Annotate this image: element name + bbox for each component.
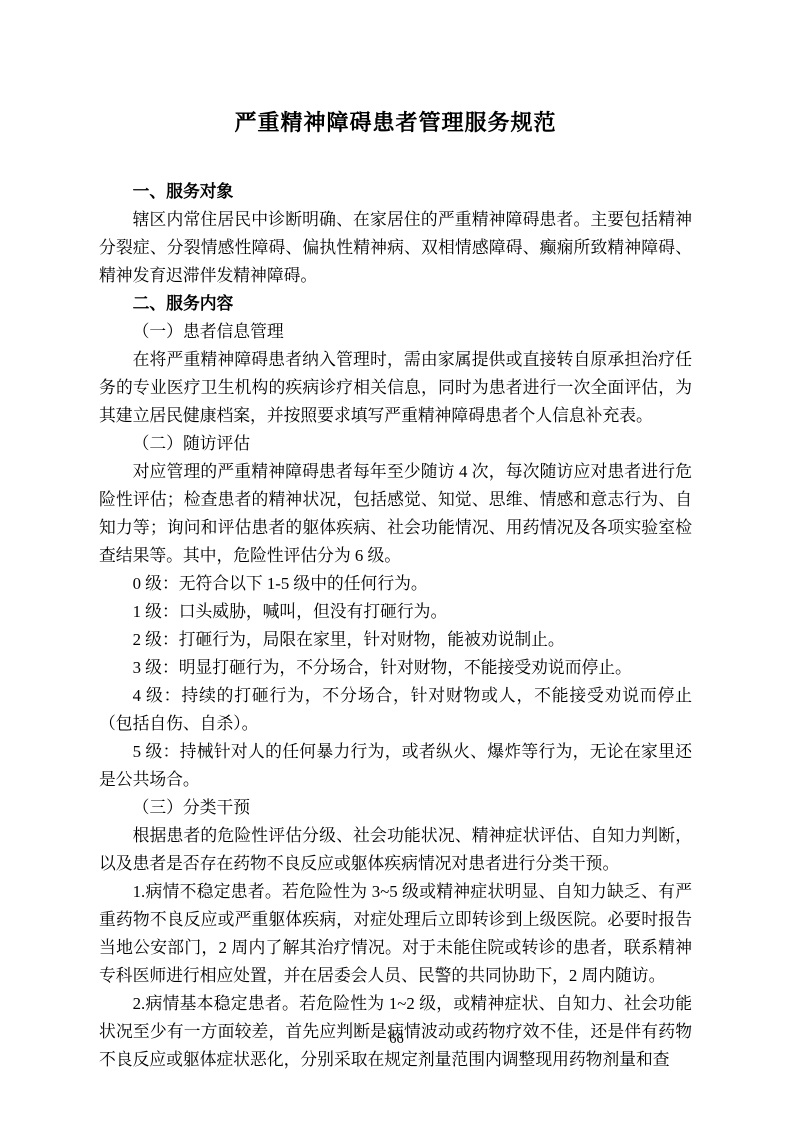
paragraph-classified-intervention: 根据患者的危险性评估分级、社会功能状况、精神症状评估、自知力判断，以及患者是否存… xyxy=(99,822,692,878)
document-page: 严重精神障碍患者管理服务规范 一、服务对象 辖区内常住居民中诊断明确、在家居住的… xyxy=(0,0,793,1122)
risk-level-2: 2 级：打砸行为，局限在家里，针对财物，能被劝说制止。 xyxy=(99,626,692,654)
subsection-heading-classified-intervention: （三）分类干预 xyxy=(99,794,692,822)
subsection-heading-followup: （二）随访评估 xyxy=(99,430,692,458)
subsection-heading-patient-info: （一）患者信息管理 xyxy=(99,318,692,346)
risk-level-3: 3 级：明显打砸行为，不分场合，针对财物，不能接受劝说而停止。 xyxy=(99,654,692,682)
paragraph-patient-info: 在将严重精神障碍患者纳入管理时，需由家属提供或直接转自原承担治疗任务的专业医疗卫… xyxy=(99,346,692,430)
paragraph-followup: 对应管理的严重精神障碍患者每年至少随访 4 次，每次随访应对患者进行危险性评估；… xyxy=(99,458,692,570)
risk-level-1: 1 级：口头威胁，喊叫，但没有打砸行为。 xyxy=(99,598,692,626)
risk-level-0: 0 级：无符合以下 1-5 级中的任何行为。 xyxy=(99,570,692,598)
document-title: 严重精神障碍患者管理服务规范 xyxy=(99,106,692,140)
document-content: 严重精神障碍患者管理服务规范 一、服务对象 辖区内常住居民中诊断明确、在家居住的… xyxy=(99,106,692,1074)
paragraph-unstable-patient: 1.病情不稳定患者。若危险性为 3~5 级或精神症状明显、自知力缺乏、有严重药物… xyxy=(99,878,692,990)
section-heading-service-content: 二、服务内容 xyxy=(99,290,692,318)
paragraph-service-target: 辖区内常住居民中诊断明确、在家居住的严重精神障碍患者。主要包括精神分裂症、分裂情… xyxy=(99,206,692,290)
risk-level-4: 4 级：持续的打砸行为，不分场合，针对财物或人，不能接受劝说而停止（包括自伤、自… xyxy=(99,682,692,738)
page-number: 66 xyxy=(0,1031,793,1048)
section-heading-service-target: 一、服务对象 xyxy=(99,178,692,206)
risk-level-5: 5 级：持械针对人的任何暴力行为，或者纵火、爆炸等行为，无论在家里还是公共场合。 xyxy=(99,738,692,794)
